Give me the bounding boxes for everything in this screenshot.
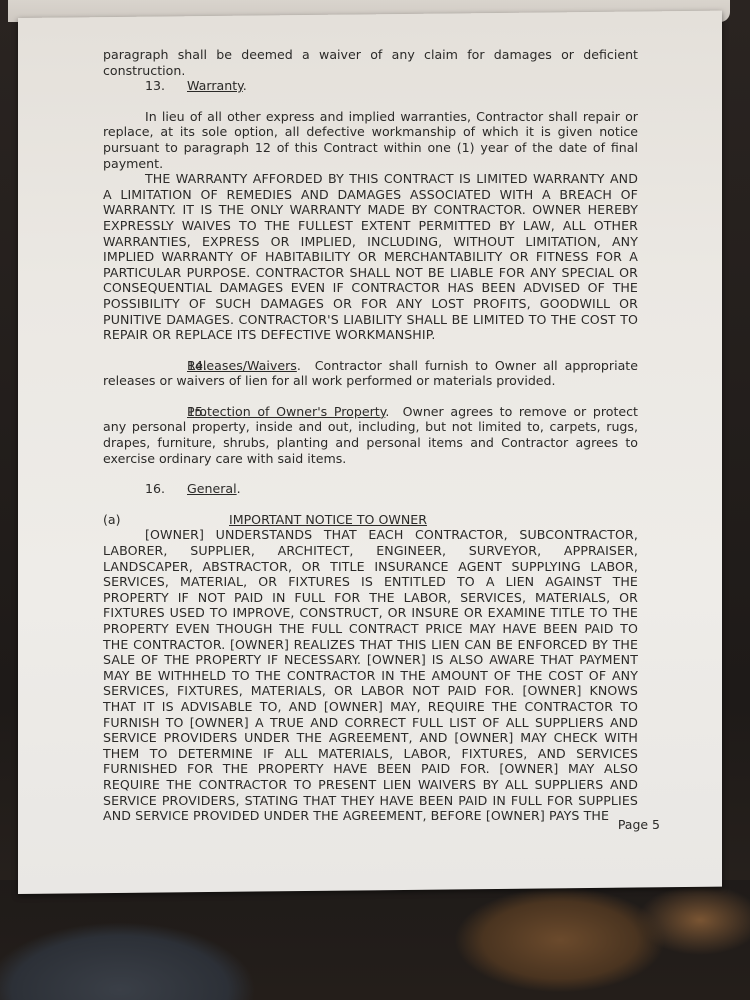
section-14: 14.Releases/Waivers. Contractor shall fu… xyxy=(103,358,638,389)
section-13-paragraph-2: THE WARRANTY AFFORDED BY THIS CONTRACT I… xyxy=(103,171,638,343)
section-16-heading: 16.General. xyxy=(145,481,638,497)
background-surface xyxy=(0,880,750,1000)
document-body: paragraph shall be deemed a waiver of an… xyxy=(103,47,638,824)
page-number: Page 5 xyxy=(618,817,660,832)
section-15-title: Protection of Owner's Property xyxy=(187,404,385,419)
notice-body: [OWNER] UNDERSTANDS THAT EACH CONTRACTOR… xyxy=(103,527,638,823)
section-14-title: Releases/Waivers xyxy=(187,358,297,373)
carryover-paragraph: paragraph shall be deemed a waiver of an… xyxy=(103,47,638,78)
subsection-label: (a) xyxy=(103,512,121,527)
section-13-heading: 13.Warranty. xyxy=(145,78,638,94)
section-15: 15.Protection of Owner's Property. Owner… xyxy=(103,404,638,466)
section-13-paragraph-1: In lieu of all other express and implied… xyxy=(103,109,638,171)
section-13-title: Warranty xyxy=(187,78,243,93)
notice-title: IMPORTANT NOTICE TO OWNER xyxy=(229,512,427,528)
notice-heading-row: (a) IMPORTANT NOTICE TO OWNER xyxy=(103,512,638,528)
section-16-title: General xyxy=(187,481,237,496)
